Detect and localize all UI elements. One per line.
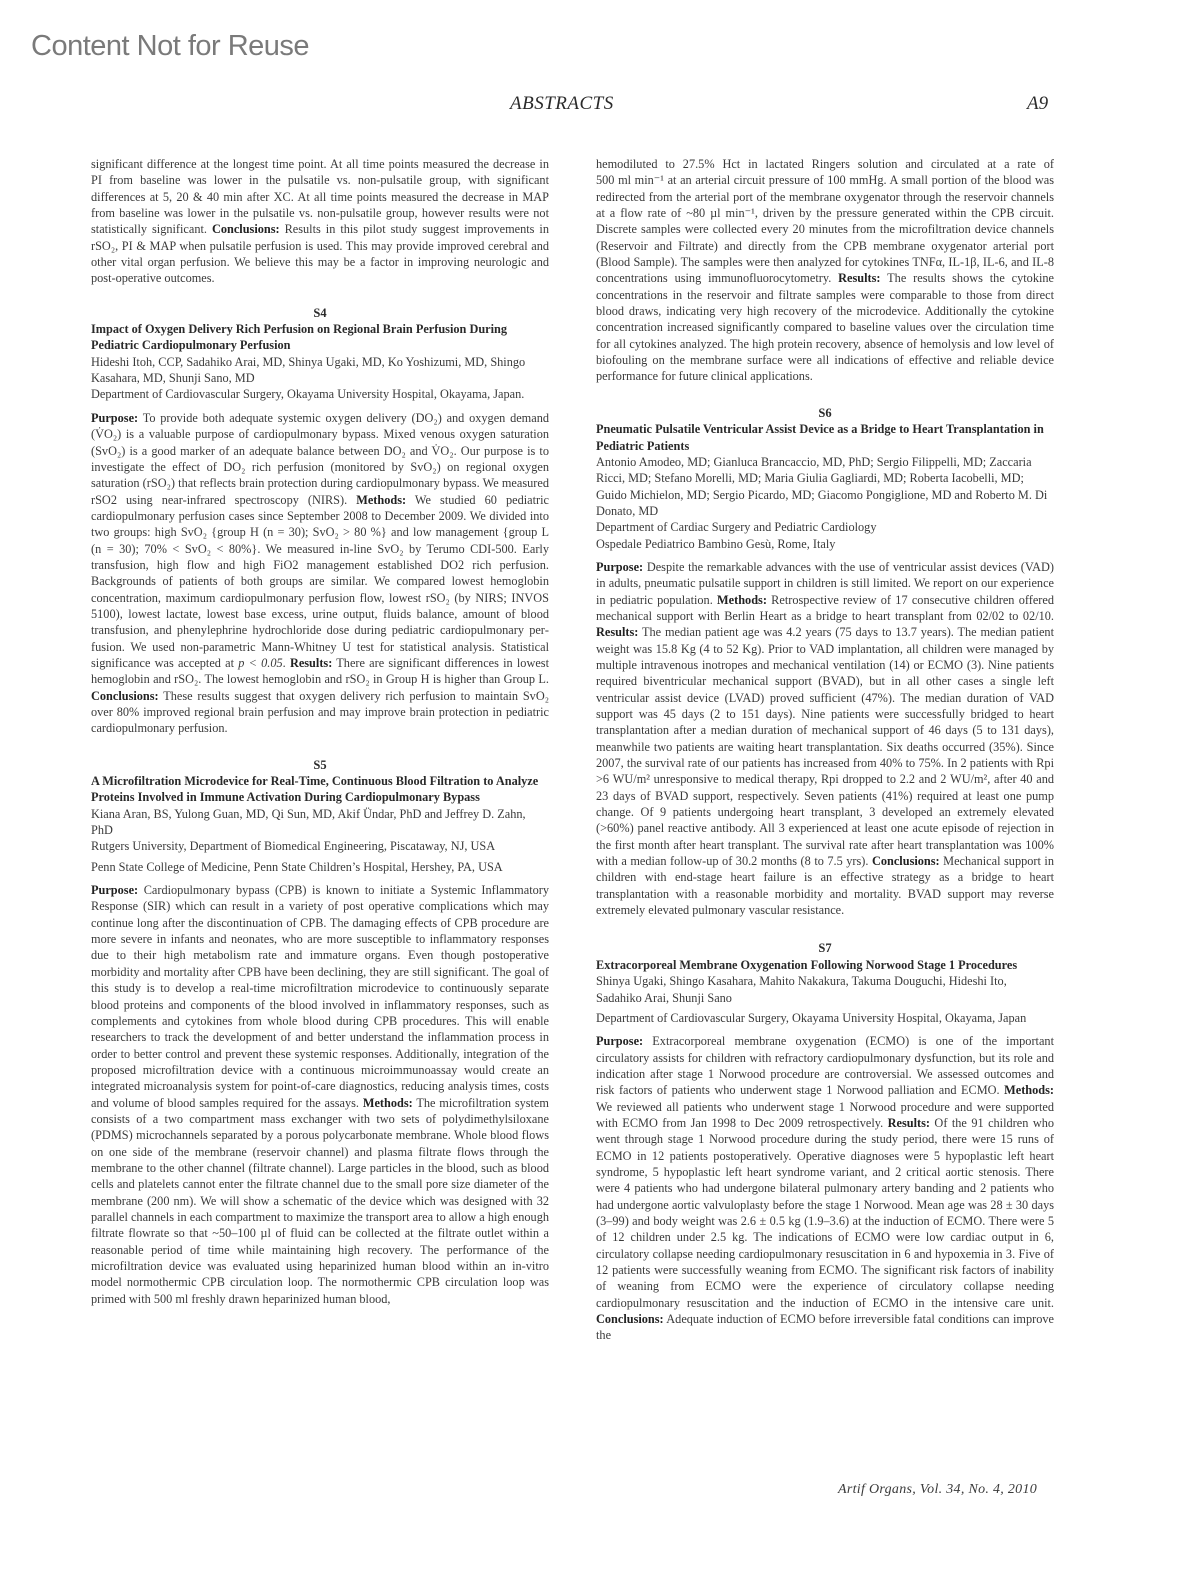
abstract-title: Pneumatic Pulsatile Ventricular Assist D… <box>596 421 1054 454</box>
abstract-id: S7 <box>596 940 1054 956</box>
abstract-affiliation: Ospedale Pediatrico Bambino Gesù, Rome, … <box>596 536 1054 552</box>
abstract-s4: S4 Impact of Oxygen Delivery Rich Perfus… <box>91 305 549 737</box>
abstract-affiliation: Department of Cardiovascular Surgery, Ok… <box>596 1010 1054 1026</box>
abstract-body: Purpose: Despite the remarkable advances… <box>596 559 1054 919</box>
abstract-affiliation: Department of Cardiac Surgery and Pediat… <box>596 519 1054 535</box>
right-column: hemodiluted to 27.5% Hct in lactated Rin… <box>596 156 1054 1344</box>
results-label: Results: <box>838 271 880 285</box>
purpose-label: Purpose: <box>91 883 138 897</box>
left-column: significant difference at the longest ti… <box>91 156 549 1307</box>
results-label: Results: <box>596 625 638 639</box>
abstract-id: S6 <box>596 405 1054 421</box>
abstract-authors: Antonio Amodeo, MD; Gianluca Brancaccio,… <box>596 454 1054 519</box>
abstract-authors: Kiana Aran, BS, Yulong Guan, MD, Qi Sun,… <box>91 806 549 839</box>
abstract-s6: S6 Pneumatic Pulsatile Ventricular Assis… <box>596 405 1054 919</box>
abstract-s7: S7 Extracorporeal Membrane Oxygenation F… <box>596 940 1054 1343</box>
methods-label: Methods: <box>356 493 406 507</box>
watermark: Content Not for Reuse <box>31 30 309 63</box>
abstract-affiliation: Penn State College of Medicine, Penn Sta… <box>91 859 549 875</box>
abstract-title: A Microfiltration Microdevice for Real-T… <box>91 773 549 806</box>
results-label: Results: <box>290 656 332 670</box>
conclusions-label: Conclusions: <box>91 689 159 703</box>
abstract-body: Purpose: Cardiopulmonary bypass (CPB) is… <box>91 882 549 1307</box>
abstract-title: Extracorporeal Membrane Oxygenation Foll… <box>596 957 1054 973</box>
abstract-authors: Shinya Ugaki, Shingo Kasahara, Mahito Na… <box>596 973 1054 1006</box>
abstract-s5: S5 A Microfiltration Microdevice for Rea… <box>91 757 549 1307</box>
methods-label: Methods: <box>1004 1083 1054 1097</box>
page-number: A9 <box>1027 93 1048 115</box>
purpose-label: Purpose: <box>91 411 138 425</box>
methods-label: Methods: <box>363 1096 413 1110</box>
continued-abstract-text: significant difference at the longest ti… <box>91 156 549 287</box>
methods-label: Methods: <box>717 593 767 607</box>
purpose-label: Purpose: <box>596 560 643 574</box>
abstract-affiliation: Rutgers University, Department of Biomed… <box>91 838 549 854</box>
abstract-s5-continued: hemodiluted to 27.5% Hct in lactated Rin… <box>596 156 1054 385</box>
abstract-authors: Hideshi Itoh, CCP, Sadahiko Arai, MD, Sh… <box>91 354 549 387</box>
conclusions-label: Conclusions: <box>872 854 940 868</box>
running-head: ABSTRACTS <box>510 93 614 115</box>
abstract-id: S4 <box>91 305 549 321</box>
conclusions-label: Conclusions: <box>212 222 280 236</box>
abstract-affiliation: Department of Cardiovascular Surgery, Ok… <box>91 386 549 402</box>
abstract-body: Purpose: Extracorporeal membrane oxygena… <box>596 1033 1054 1344</box>
p-value: p < 0.05 <box>238 656 282 670</box>
journal-citation: Artif Organs, Vol. 34, No. 4, 2010 <box>838 1482 1037 1498</box>
conclusions-label: Conclusions: <box>596 1312 664 1326</box>
purpose-label: Purpose: <box>596 1034 643 1048</box>
abstract-title: Impact of Oxygen Delivery Rich Perfusion… <box>91 321 549 354</box>
abstract-body: Purpose: To provide both adequate system… <box>91 410 549 737</box>
abstract-id: S5 <box>91 757 549 773</box>
results-label: Results: <box>888 1116 930 1130</box>
